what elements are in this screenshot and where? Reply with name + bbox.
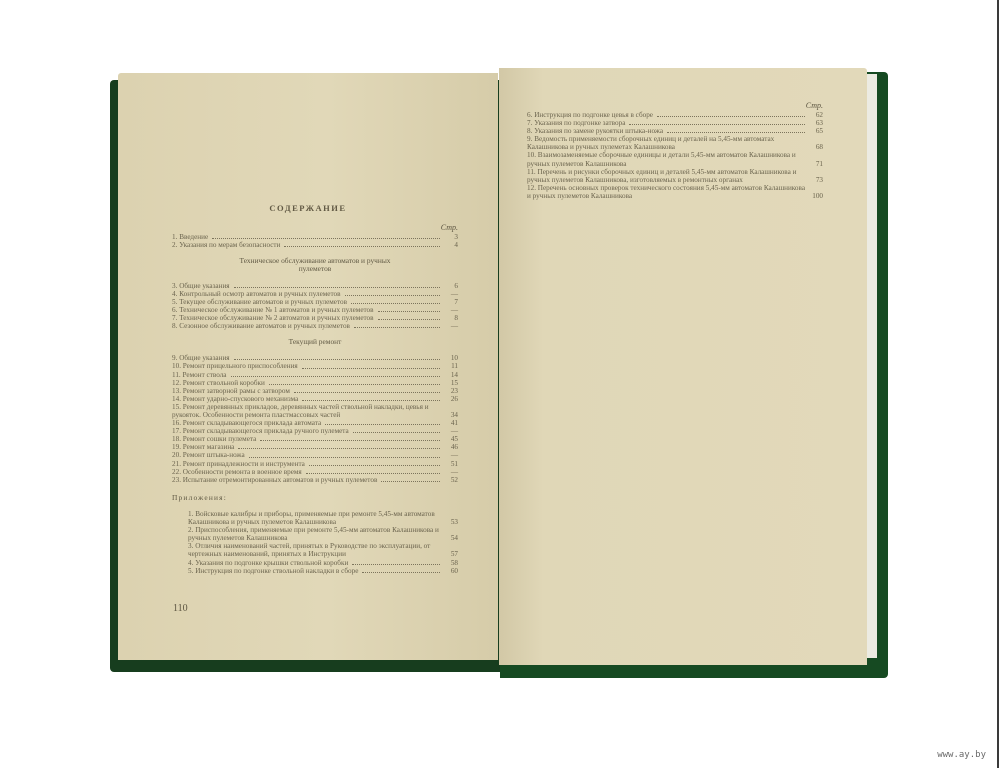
toc-entry: 8. Указания по замене рукоятки штыка-нож… xyxy=(527,127,823,135)
dot-leader xyxy=(212,238,440,239)
toc-entry-page: 54 xyxy=(444,534,458,542)
toc-entry-title: 12. Ремонт ствольной коробки xyxy=(172,379,265,387)
dot-leader xyxy=(378,311,440,312)
toc-entry: 1. Войсковые калибры и приборы, применяе… xyxy=(188,510,458,526)
toc-entry-title: 18. Ремонт сошки пулемета xyxy=(172,435,256,443)
toc-entry-page: 41 xyxy=(444,419,458,427)
toc-entry: 12. Перечень основных проверок техническ… xyxy=(527,184,823,200)
toc-entry-page: 62 xyxy=(809,111,823,119)
toc-entry: 21. Ремонт принадлежности и инструмента5… xyxy=(172,460,458,468)
dot-leader xyxy=(353,432,440,433)
page-block-edge xyxy=(867,74,877,658)
toc-entry-title: 15. Ремонт деревянных прикладов, деревян… xyxy=(172,403,444,419)
toc-entry-title: 9. Ведомость применяемости сборочных еди… xyxy=(527,135,809,151)
intro-entries: 1. Введение32. Указания по мерам безопас… xyxy=(172,233,458,249)
toc-entry-title: 19. Ремонт магазина xyxy=(172,443,234,451)
toc-entry-title: 8. Сезонное обслуживание автоматов и руч… xyxy=(172,322,350,330)
toc-entry-title: 10. Взаимозаменяемые сборочные единицы и… xyxy=(527,151,809,167)
toc-entry-page: — xyxy=(444,451,458,459)
toc-entry-page: 65 xyxy=(809,127,823,135)
dot-leader xyxy=(294,392,440,393)
dot-leader xyxy=(354,327,440,328)
dot-leader xyxy=(234,359,440,360)
toc-entry-title: 4. Указания по подгонке крышки ствольной… xyxy=(188,559,348,567)
toc-entry: 8. Сезонное обслуживание автоматов и руч… xyxy=(172,322,458,330)
toc-entry-page: 10 xyxy=(444,354,458,362)
toc-entry: 5. Текущее обслуживание автоматов и ручн… xyxy=(172,298,458,306)
toc-entry-title: 1. Введение xyxy=(172,233,208,241)
toc-entry-page: 23 xyxy=(444,387,458,395)
toc-entry-page: — xyxy=(444,290,458,298)
section-title-maintenance: Техническое обслуживание автоматов и руч… xyxy=(235,257,395,273)
toc-entry-title: 8. Указания по замене рукоятки штыка-нож… xyxy=(527,127,663,135)
toc-entry: 20. Ремонт штыка-ножа— xyxy=(172,451,458,459)
right-page: Стр. 6. Инструкция по подгонке цевья в с… xyxy=(499,68,867,665)
dot-leader xyxy=(238,448,440,449)
toc-entry-title: 17. Ремонт складывающегося приклада ручн… xyxy=(172,427,349,435)
toc-entry: 7. Техническое обслуживание № 2 автомато… xyxy=(172,314,458,322)
toc-entry-title: 11. Перечень и рисунки сборочных единиц … xyxy=(527,168,809,184)
toc-entry: 16. Ремонт складывающегося приклада авто… xyxy=(172,419,458,427)
toc-entry-page: 8 xyxy=(444,314,458,322)
toc-entry: 17. Ремонт складывающегося приклада ручн… xyxy=(172,427,458,435)
toc-entry: 4. Контрольный осмотр автоматов и ручных… xyxy=(172,290,458,298)
dot-leader xyxy=(284,246,440,247)
toc-entry: 3. Общие указания6 xyxy=(172,282,458,290)
toc-entry: 23. Испытание отремонтированных автомато… xyxy=(172,476,458,484)
toc-entry: 11. Ремонт ствола14 xyxy=(172,371,458,379)
page-column-label: Стр. xyxy=(806,101,823,110)
toc-entry-title: 2. Указания по мерам безопасности xyxy=(172,241,280,249)
toc-entry: 2. Указания по мерам безопасности4 xyxy=(172,241,458,249)
dot-leader xyxy=(381,481,440,482)
toc-entry-page: 3 xyxy=(444,233,458,241)
toc-entry-page: 4 xyxy=(444,241,458,249)
toc-entry-page: — xyxy=(444,468,458,476)
dot-leader xyxy=(269,384,440,385)
toc-entry-title: 5. Текущее обслуживание автоматов и ручн… xyxy=(172,298,347,306)
toc-entry-page: 45 xyxy=(444,435,458,443)
toc-entry-title: 6. Инструкция по подгонке цевья в сборе xyxy=(527,111,653,119)
dot-leader xyxy=(325,424,440,425)
appendix-title: Приложения: xyxy=(172,494,458,502)
toc-entry-page: 73 xyxy=(809,176,823,184)
toc-entry-page: 71 xyxy=(809,160,823,168)
toc-entry-page: 26 xyxy=(444,395,458,403)
toc-entry-title: 23. Испытание отремонтированных автомато… xyxy=(172,476,377,484)
toc-entry-title: 9. Общие указания xyxy=(172,354,230,362)
toc-entry-title: 12. Перечень основных проверок техническ… xyxy=(527,184,809,200)
toc-entry: 6. Инструкция по подгонке цевья в сборе6… xyxy=(527,111,823,119)
toc-entry: 4. Указания по подгонке крышки ствольной… xyxy=(188,559,458,567)
toc-entry: 6. Техническое обслуживание № 1 автомато… xyxy=(172,306,458,314)
dot-leader xyxy=(249,457,440,458)
toc-entry-title: 14. Ремонт ударно-спускового механизма xyxy=(172,395,298,403)
toc-entry: 3. Отличия наименований частей, принятых… xyxy=(188,542,458,558)
dot-leader xyxy=(352,564,440,565)
toc-entry-page: 58 xyxy=(444,559,458,567)
toc-entry: 7. Указания по подгонке затвора63 xyxy=(527,119,823,127)
toc-entry-page: 57 xyxy=(444,550,458,558)
toc-entry-page: 60 xyxy=(444,567,458,575)
toc-entry-title: 11. Ремонт ствола xyxy=(172,371,227,379)
dot-leader xyxy=(260,440,440,441)
appendix-entries-continued: 6. Инструкция по подгонке цевья в сборе6… xyxy=(527,111,823,200)
maintenance-entries: 3. Общие указания64. Контрольный осмотр … xyxy=(172,282,458,331)
dot-leader xyxy=(362,572,440,573)
toc-entry-page: 34 xyxy=(444,411,458,419)
page-number: 110 xyxy=(173,603,188,614)
toc-entry-title: 10. Ремонт прицельного приспособления xyxy=(172,362,298,370)
toc-right: 6. Инструкция по подгонке цевья в сборе6… xyxy=(527,111,823,200)
dot-leader xyxy=(302,400,440,401)
toc-entry-title: 16. Ремонт складывающегося приклада авто… xyxy=(172,419,321,427)
toc-entry-page: — xyxy=(444,427,458,435)
toc-entry-title: 13. Ремонт затворной рамы с затвором xyxy=(172,387,290,395)
toc-entry-page: 14 xyxy=(444,371,458,379)
toc-entry: 19. Ремонт магазина46 xyxy=(172,443,458,451)
dot-leader xyxy=(378,319,440,320)
toc-entry-title: 7. Техническое обслуживание № 2 автомато… xyxy=(172,314,374,322)
toc-entry: 22. Особенности ремонта в военное время— xyxy=(172,468,458,476)
appendix-entries: 1. Войсковые калибры и приборы, применяе… xyxy=(172,510,458,575)
toc-entry-title: 1. Войсковые калибры и приборы, применяе… xyxy=(188,510,444,526)
toc-entry: 5. Инструкция по подгонке ствольной накл… xyxy=(188,567,458,575)
toc-entry-page: 68 xyxy=(809,143,823,151)
toc-entry-page: — xyxy=(444,322,458,330)
dot-leader xyxy=(231,376,441,377)
toc-entry-title: 20. Ремонт штыка-ножа xyxy=(172,451,245,459)
left-page: СОДЕРЖАНИЕ Стр. 1. Введение32. Указания … xyxy=(118,73,498,660)
toc-entry-page: 63 xyxy=(809,119,823,127)
section-title-repair: Текущий ремонт xyxy=(172,338,458,346)
toc-entry-page: 6 xyxy=(444,282,458,290)
toc-entry: 2. Приспособления, применяемые при ремон… xyxy=(188,526,458,542)
dot-leader xyxy=(667,132,805,133)
toc-entry: 10. Взаимозаменяемые сборочные единицы и… xyxy=(527,151,823,167)
dot-leader xyxy=(345,295,440,296)
toc-entry-title: 7. Указания по подгонке затвора xyxy=(527,119,625,127)
dot-leader xyxy=(629,124,805,125)
toc-entry-page: 46 xyxy=(444,443,458,451)
toc-entry-title: 6. Техническое обслуживание № 1 автомато… xyxy=(172,306,374,314)
toc-entry-title: 21. Ремонт принадлежности и инструмента xyxy=(172,460,305,468)
dot-leader xyxy=(302,368,440,369)
toc-title: СОДЕРЖАНИЕ xyxy=(118,203,498,213)
dot-leader xyxy=(234,287,440,288)
toc-entry-title: 22. Особенности ремонта в военное время xyxy=(172,468,302,476)
image-edge-line xyxy=(997,0,999,768)
toc-entry: 9. Ведомость применяемости сборочных еди… xyxy=(527,135,823,151)
toc-entry-title: 4. Контрольный осмотр автоматов и ручных… xyxy=(172,290,341,298)
dot-leader xyxy=(657,116,805,117)
toc-entry: 13. Ремонт затворной рамы с затвором23 xyxy=(172,387,458,395)
repair-entries: 9. Общие указания1010. Ремонт прицельног… xyxy=(172,354,458,484)
toc-entry-title: 2. Приспособления, применяемые при ремон… xyxy=(188,526,444,542)
toc-entry-page: 100 xyxy=(809,192,823,200)
toc-entry-page: 53 xyxy=(444,518,458,526)
toc-entry: 15. Ремонт деревянных прикладов, деревян… xyxy=(172,403,458,419)
toc-entry: 9. Общие указания10 xyxy=(172,354,458,362)
toc-entry-page: 11 xyxy=(444,362,458,370)
dot-leader xyxy=(351,303,440,304)
page-column-label: Стр. xyxy=(441,223,458,232)
dot-leader xyxy=(309,465,440,466)
toc-entry: 18. Ремонт сошки пулемета45 xyxy=(172,435,458,443)
dot-leader xyxy=(306,473,440,474)
toc-entry: 11. Перечень и рисунки сборочных единиц … xyxy=(527,168,823,184)
toc-entry-page: 52 xyxy=(444,476,458,484)
watermark: www.ay.by xyxy=(937,750,986,760)
toc-entry-title: 3. Общие указания xyxy=(172,282,230,290)
toc-entry-title: 5. Инструкция по подгонке ствольной накл… xyxy=(188,567,358,575)
toc-entry-page: 51 xyxy=(444,460,458,468)
toc-entry-page: 15 xyxy=(444,379,458,387)
toc-entry: 14. Ремонт ударно-спускового механизма26 xyxy=(172,395,458,403)
toc-entry-page: — xyxy=(444,306,458,314)
toc-entry-title: 3. Отличия наименований частей, принятых… xyxy=(188,542,444,558)
toc-entry: 10. Ремонт прицельного приспособления11 xyxy=(172,362,458,370)
toc-entry: 12. Ремонт ствольной коробки15 xyxy=(172,379,458,387)
toc-entry: 1. Введение3 xyxy=(172,233,458,241)
toc-left: 1. Введение32. Указания по мерам безопас… xyxy=(172,233,458,575)
toc-entry-page: 7 xyxy=(444,298,458,306)
